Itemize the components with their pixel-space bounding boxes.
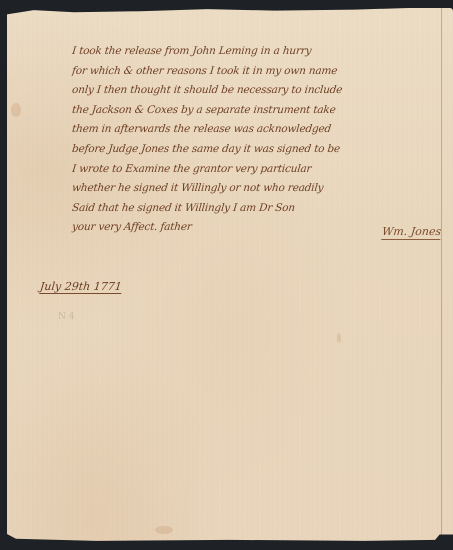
letter-line: them in afterwards the release was ackno… (71, 120, 423, 140)
letter-line: I took the release from John Leming in a… (71, 42, 423, 62)
letter-body: I took the release from John Leming in a… (72, 42, 422, 238)
letter-line: whether he signed it Willingly or not wh… (71, 179, 423, 199)
letter-line: I wrote to Examine the grantor very part… (71, 160, 423, 180)
faint-mark: N 4 (58, 312, 74, 322)
letter-line: for which & other reasons I took it in m… (71, 62, 423, 82)
letter-line: only I then thought it should be necessa… (71, 81, 423, 101)
paper-stain (11, 103, 21, 117)
document-viewer: I took the release from John Leming in a… (0, 0, 453, 550)
letter-line: Said that he signed it Willingly I am Dr… (71, 199, 423, 219)
date-text: July 29th 1771 (39, 280, 122, 294)
date-note: July 29th 1771 (39, 280, 122, 293)
signature: Wm. Jones (381, 225, 442, 240)
letter-line: the Jackson & Coxes by a separate instru… (71, 101, 423, 121)
letter-closing: your very Affect. father (71, 218, 423, 238)
paper-stain (337, 333, 341, 343)
fold-line (441, 8, 442, 542)
paper-stain (155, 526, 173, 534)
letter-line: before Judge Jones the same day it was s… (71, 140, 423, 160)
